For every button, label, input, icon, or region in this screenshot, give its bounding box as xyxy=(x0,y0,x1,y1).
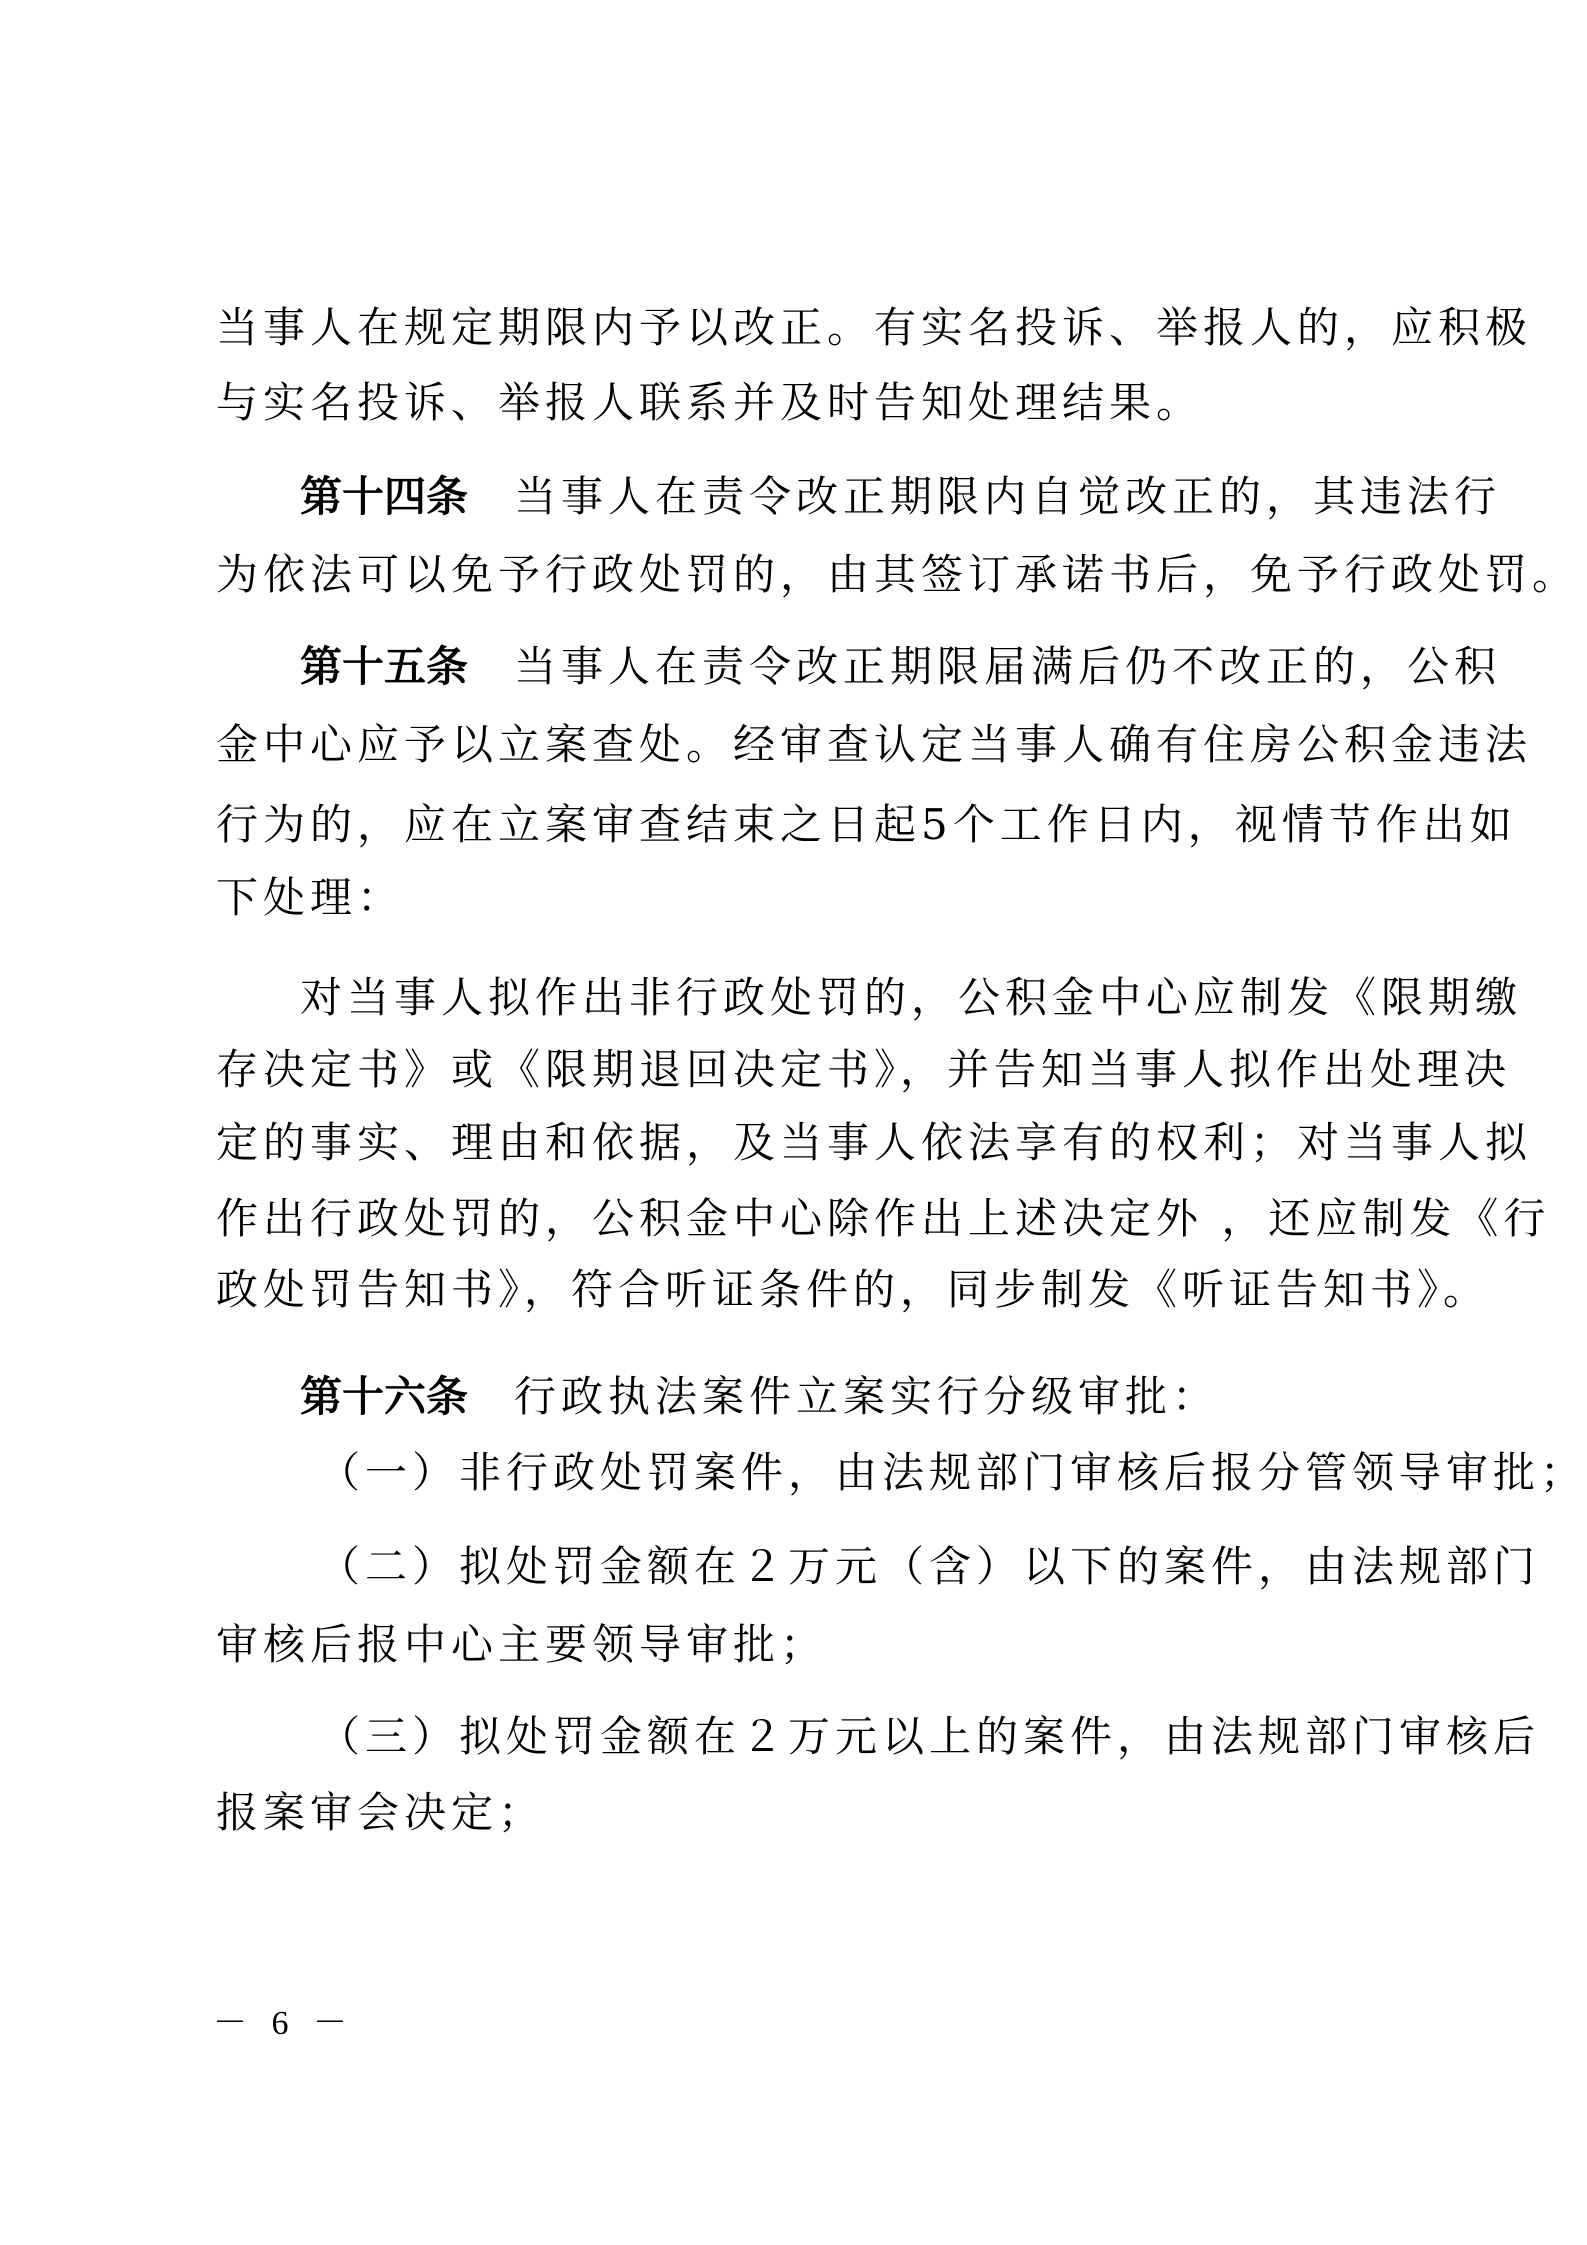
article-text: 当事人在责令改正期限届满后仍不改正的，公积 xyxy=(514,642,1501,691)
document-page: 当事人在规定期限内予以改正。有实名投诉、举报人的，应积极 与实名投诉、举报人联系… xyxy=(0,0,1587,2245)
paragraph-line: 与实名投诉、举报人联系并及时告知处理结果。 xyxy=(216,377,1398,429)
article-15-line: 第十五条当事人在责令改正期限届满后仍不改正的，公积 xyxy=(300,641,1398,693)
paragraph-line: 金中心应予以立案查处。经审查认定当事人确有住房公积金违法 xyxy=(216,719,1398,771)
list-item: （二）拟处罚金额在２万元（含）以下的案件，由法规部门 xyxy=(318,1541,1398,1593)
page-number: － 6 － xyxy=(213,2004,355,2044)
paragraph-line: 报案审会决定； xyxy=(216,1787,1398,1839)
paragraph-line: 当事人在规定期限内予以改正。有实名投诉、举报人的，应积极 xyxy=(216,302,1398,354)
paragraph-line: 定的事实、理由和依据，及当事人依法享有的权利；对当事人拟 xyxy=(216,1117,1398,1169)
list-item: （三）拟处罚金额在２万元以上的案件，由法规部门审核后 xyxy=(318,1711,1398,1763)
paragraph-line: 下处理： xyxy=(216,872,1398,924)
list-item: （一）非行政处罚案件，由法规部门审核后报分管领导审批； xyxy=(318,1447,1398,1499)
article-heading: 第十六条 xyxy=(300,1372,468,1421)
paragraph-line: 存决定书》或《限期退回决定书》，并告知当事人拟作出处理决 xyxy=(216,1044,1398,1096)
article-heading: 第十五条 xyxy=(300,642,468,691)
article-16-line: 第十六条行政执法案件立案实行分级审批： xyxy=(300,1371,1398,1423)
paragraph-line: 审核后报中心主要领导审批； xyxy=(216,1619,1398,1671)
paragraph-line: 行为的，应在立案审查结束之日起5个工作日内，视情节作出如 xyxy=(216,799,1398,851)
paragraph-line: 对当事人拟作出非行政处罚的，公积金中心应制发《限期缴 xyxy=(300,972,1398,1024)
paragraph-line: 政处罚告知书》，符合听证条件的，同步制发《听证告知书》。 xyxy=(216,1264,1398,1316)
paragraph-line: 为依法可以免予行政处罚的，由其签订承诺书后，免予行政处罚。 xyxy=(216,549,1398,601)
article-text: 当事人在责令改正期限内自觉改正的，其违法行 xyxy=(514,472,1501,521)
article-14-line: 第十四条当事人在责令改正期限内自觉改正的，其违法行 xyxy=(300,471,1398,523)
article-text: 行政执法案件立案实行分级审批： xyxy=(514,1372,1219,1421)
article-heading: 第十四条 xyxy=(300,472,468,521)
paragraph-line: 作出行政处罚的，公积金中心除作出上述决定外 ，还应制发《行 xyxy=(216,1193,1398,1245)
